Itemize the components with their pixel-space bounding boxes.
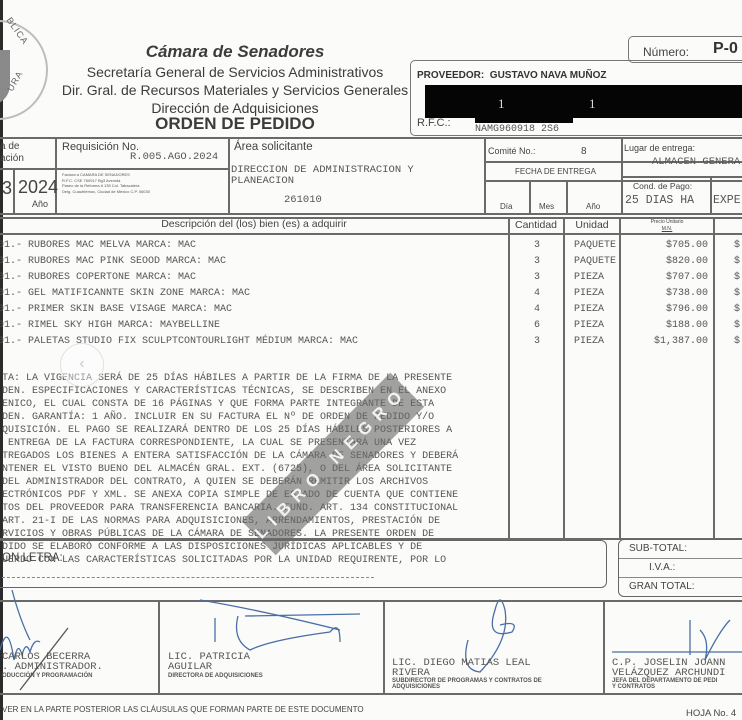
redacted-digit: 1 [589,96,596,112]
item-amount: $ [734,288,740,304]
requesting-area-code: 261010 [284,194,322,206]
grid-line [621,176,742,178]
item-amount: $ [734,336,740,352]
payment-terms-value: 25 DIAS HA [625,194,694,207]
subtotal-label: SUB-TOTAL: [619,540,742,559]
table-column-divider [563,217,565,539]
item-description: 001.- RIMEL SKY HIGH MARCA: MAYBELLINE [0,320,220,336]
grid-line [0,213,742,215]
date-year-label: Año [32,199,48,209]
order-number-box: Número: P-0 [628,36,742,63]
item-unit-price: $705.00 [622,240,708,256]
item-description: 001.- RUBORES COPERTONE MARCA: MAC [0,272,196,288]
signer-2-surname: AGUILAR [168,662,212,672]
date-year: 2024 [18,177,58,198]
signer-3-role-2: ADQUISICIONES [392,684,440,691]
delivery-place-label: Lugar de entrega: [624,143,695,153]
amount-in-words-label: ON LETRA: [2,552,63,564]
grid-line [566,180,568,213]
back-arrow-icon[interactable]: ‹ [60,343,104,387]
item-quantity: 3 [530,336,544,352]
signer-1-role: ODUCCIÓN Y PROGRAMACIÓN [2,673,92,680]
institution-title: Cámara de Senadores [60,42,410,62]
item-unit-price: $707.00 [622,272,708,288]
grid-line [710,176,712,213]
date-label: a de [0,141,19,152]
delivery-day-label: Día [500,202,512,211]
signer-4-surname: VELÁZQUEZ ARCHUNDI [612,668,725,678]
item-unit-price: $1,387.00 [622,336,708,352]
item-unit-price: $820.00 [622,256,708,272]
delivery-year-label: Año [586,202,600,211]
signer-4-role-2: Y CONTRATOS [612,684,655,691]
rfc-label: R.F.C.: [417,117,451,129]
item-unit: PIEZA [574,320,604,336]
item-description: 001.- GEL MATIFICANNTE SKIN ZONE MARCA: … [0,288,250,304]
item-amount: $ [734,256,740,272]
signer-3-surname: RIVERA [392,668,430,678]
requisition-value: R.005.AGO.2024 [130,151,218,163]
requisition-label: Requisición No. [62,141,139,153]
item-quantity: 6 [530,320,544,336]
grid-line [228,137,230,213]
item-amount: $ [734,304,740,320]
item-unit-price: $738.00 [622,288,708,304]
item-quantity: 3 [530,272,544,288]
table-column-divider [713,217,715,539]
grid-line [621,137,623,213]
date-label-2: ación [0,153,24,164]
redacted-digit: 1 [498,96,505,112]
page-number: HOJA No. 4 [686,708,736,719]
header-line-1: Secretaría General de Servicios Administ… [60,64,410,80]
signer-1-title: . ADMINISTRADOR. [2,662,103,672]
item-unit-price: $188.00 [622,320,708,336]
description-header: Descripción del (los) bien (es) a adquir… [0,218,508,230]
item-quantity: 3 [530,240,544,256]
delivery-date-label: FECHA DE ENTREGA [515,167,596,176]
grid-line [13,168,15,213]
redaction-bar [425,85,742,118]
grid-line [484,180,742,182]
item-quantity: 4 [530,288,544,304]
order-notes: TA: LA VIGENCIA SERÁ DE 25 DÍAS HÁBILES … [2,372,502,567]
redaction-bar-small [475,116,573,123]
item-amount: $ [734,240,740,256]
item-unit-price: $796.00 [622,304,708,320]
order-number-value: P-0 [713,40,738,58]
quantity-header: Cantidad [508,219,564,231]
signature-1 [0,590,40,660]
signer-2-role: DIRECTORA DE ADQUISICIONES [168,673,263,680]
item-unit: PAQUETE [574,240,616,256]
item-unit: PIEZA [574,272,604,288]
supplier-name: GUSTAVO NAVA MUÑOZ [490,70,607,81]
unit-header: Unidad [564,219,620,231]
supplier-label: PROVEEDOR: GUSTAVO NAVA MUÑOZ [417,70,606,81]
delivery-month-label: Mes [539,202,554,211]
delivery-place-value: ALMACEN GENERA [652,156,740,168]
signature-2 [200,600,360,650]
table-column-divider [619,217,621,539]
amount-in-words-line [2,577,374,578]
grid-line [484,137,486,213]
header-line-2: Dir. Gral. de Recursos Materiales y Serv… [60,82,410,98]
payment-terms-label: Cond. de Pago: [633,181,692,191]
committee-value: 8 [581,146,587,157]
item-description: 001.- PRIMER SKIN BASE VISAGE MARCA: MAC [0,304,232,320]
document-type-title: ORDEN DE PEDIDO [60,114,410,134]
signature-4 [612,620,742,660]
invoice-address: Factura a CAMARA DE SENADORES R.F.C. CSE… [62,172,150,194]
item-unit: PIEZA [574,336,604,352]
item-description: 001.- RUBORES MAC MELVA MARCA: MAC [0,240,196,256]
iva-label: I.V.A.: [619,559,742,578]
requesting-area-value-2: PLANEACION [231,175,294,187]
item-unit: PIEZA [574,304,604,320]
committee-label: Comité No.: [488,146,536,156]
order-number-label: Número: [643,45,689,59]
rfc-value: NAMG960918 2S6 [475,124,559,135]
requesting-area-label: Área solicitante [234,141,313,153]
item-description: 001.- RUBORES MAC PINK SEOOD MARCA: MAC [0,256,226,272]
grid-line [529,180,531,213]
item-amount: $ [734,272,740,288]
unit-price-header: Precio Unitario [620,219,714,225]
clauses-note: VER EN LA PARTE POSTERIOR LAS CLÁUSULAS … [2,705,364,714]
item-quantity: 4 [530,304,544,320]
item-quantity: 3 [530,256,544,272]
payment-terms-extra: EXPE [713,194,741,207]
table-column-divider [508,217,510,539]
grid-line [55,137,57,213]
item-description: 001.- PALETAS STUDIO FIX SCULPTCONTOURLI… [0,336,358,352]
date-day-partial: 3 [2,178,12,199]
unit-price-currency: M.N. [620,226,714,232]
item-unit: PAQUETE [574,256,616,272]
grid-line [0,233,742,235]
grid-line [0,137,742,139]
grid-line [0,168,228,170]
item-amount: $ [734,320,740,336]
item-unit: PIEZA [574,288,604,304]
